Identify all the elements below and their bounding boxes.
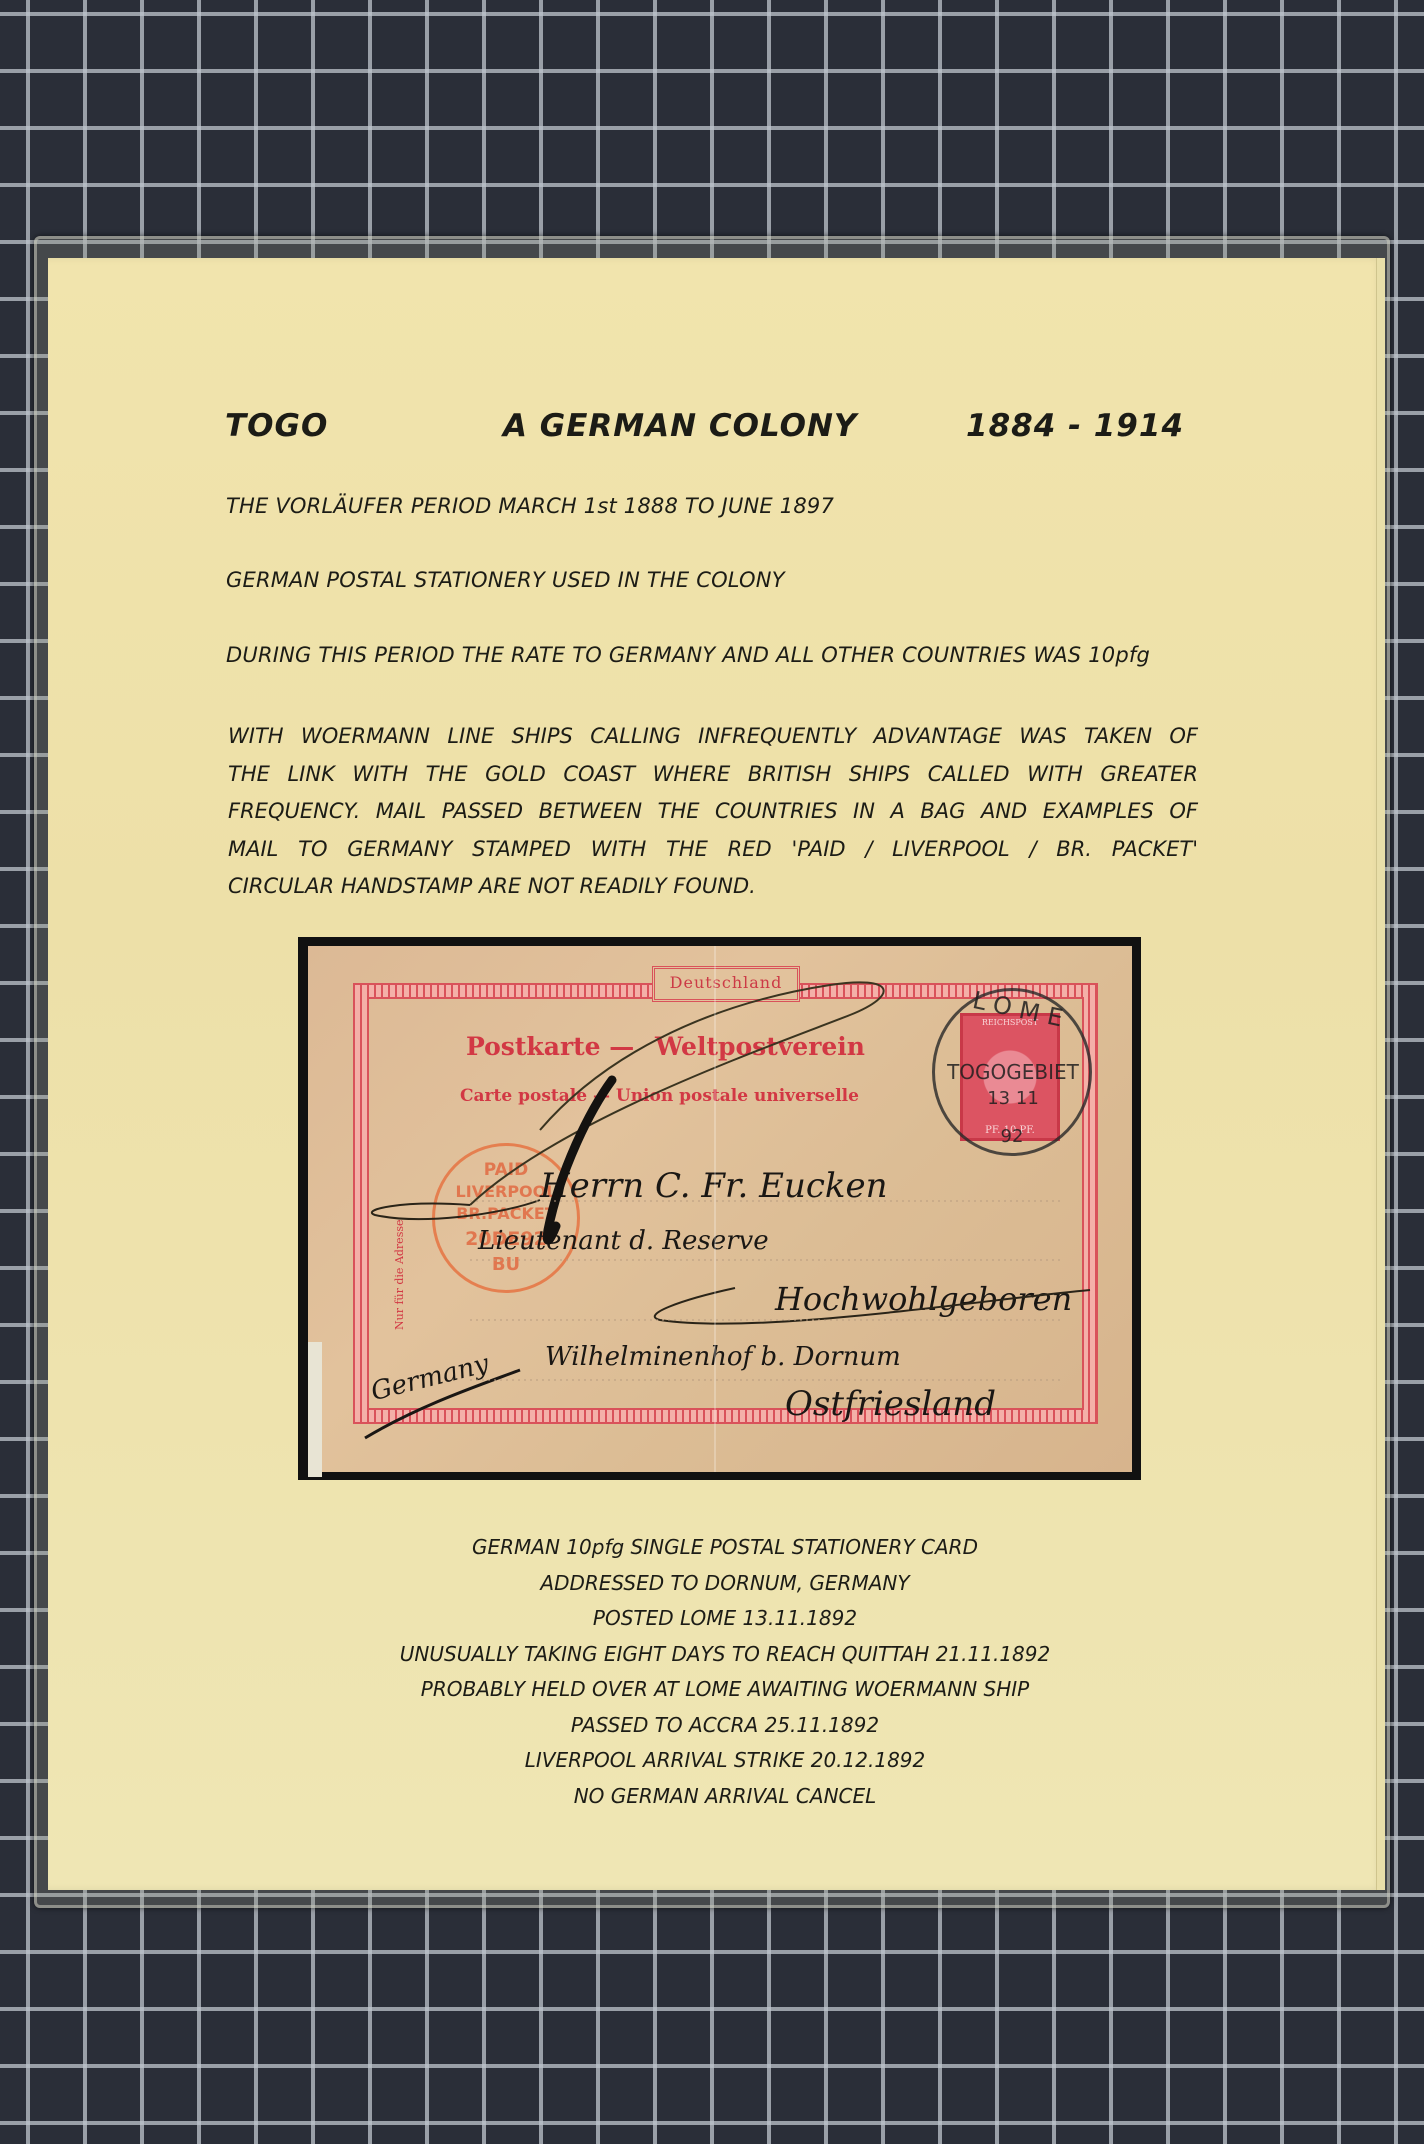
- handstamp-packet: BR.PACKET: [432, 1204, 580, 1223]
- postcard-cartouche: Deutschland: [652, 966, 800, 1002]
- caption-line: LIVERPOOL ARRIVAL STRIKE 20.12.1892: [300, 1743, 1150, 1779]
- caption-line: UNUSUALLY TAKING EIGHT DAYS TO REACH QUI…: [300, 1637, 1150, 1673]
- postcard-subtitle: Carte postale — Union postale universell…: [460, 1086, 859, 1106]
- paragraph-line: WITH WOERMANN LINE SHIPS CALLING INFREQU…: [228, 718, 1198, 756]
- paragraph-line: CIRCULAR HANDSTAMP ARE NOT READILY FOUND…: [228, 868, 1198, 906]
- paragraph-line: FREQUENCY. MAIL PASSED BETWEEN THE COUNT…: [228, 793, 1198, 831]
- caption-line: PASSED TO ACCRA 25.11.1892: [300, 1708, 1150, 1744]
- history-paragraph: WITH WOERMANN LINE SHIPS CALLING INFREQU…: [228, 718, 1198, 906]
- intro-stationery: GERMAN POSTAL STATIONERY USED IN THE COL…: [226, 568, 785, 592]
- caption-line: NO GERMAN ARRIVAL CANCEL: [300, 1779, 1150, 1815]
- intro-period: THE VORLÄUFER PERIOD MARCH 1st 1888 TO J…: [226, 494, 834, 518]
- exhibit-caption: GERMAN 10pfg SINGLE POSTAL STATIONERY CA…: [300, 1530, 1150, 1814]
- postcard-title-right: Weltpostverein: [655, 1032, 865, 1061]
- postcard-title-left: Postkarte —: [466, 1032, 634, 1061]
- caption-line: ADDRESSED TO DORNUM, GERMANY: [300, 1566, 1150, 1602]
- postcard-torn-edge: [308, 1342, 322, 1477]
- address-line-region: Ostfriesland: [785, 1384, 996, 1424]
- address-line-recipient: Herrn C. Fr. Eucken: [540, 1166, 888, 1206]
- heading-country: TOGO: [225, 408, 328, 444]
- caption-line: POSTED LOME 13.11.1892: [300, 1601, 1150, 1637]
- heading-years: 1884 - 1914: [966, 408, 1184, 444]
- caption-line: PROBABLY HELD OVER AT LOME AWAITING WOER…: [300, 1672, 1150, 1708]
- heading-subtitle: A GERMAN COLONY: [503, 408, 857, 444]
- postmark-district: TOGOGEBIET: [938, 1060, 1088, 1084]
- address-line-place: Wilhelminenhof b. Dornum: [545, 1342, 901, 1372]
- intro-rate: DURING THIS PERIOD THE RATE TO GERMANY A…: [226, 643, 1150, 667]
- address-line-rank: Lieutenant d. Reserve: [478, 1226, 769, 1256]
- paragraph-line: MAIL TO GERMANY STAMPED WITH THE RED 'PA…: [228, 831, 1198, 869]
- postmark-year: 92: [992, 1126, 1032, 1147]
- postmark-date: 13 11: [978, 1088, 1048, 1109]
- handstamp-code: BU: [432, 1254, 580, 1275]
- paragraph-line: THE LINK WITH THE GOLD COAST WHERE BRITI…: [228, 756, 1198, 794]
- postcard-side-note: Nur für die Adresse: [393, 1220, 406, 1331]
- page-edge: [1376, 258, 1385, 1890]
- caption-line: GERMAN 10pfg SINGLE POSTAL STATIONERY CA…: [300, 1530, 1150, 1566]
- address-line-honorific: Hochwohlgeboren: [775, 1280, 1072, 1318]
